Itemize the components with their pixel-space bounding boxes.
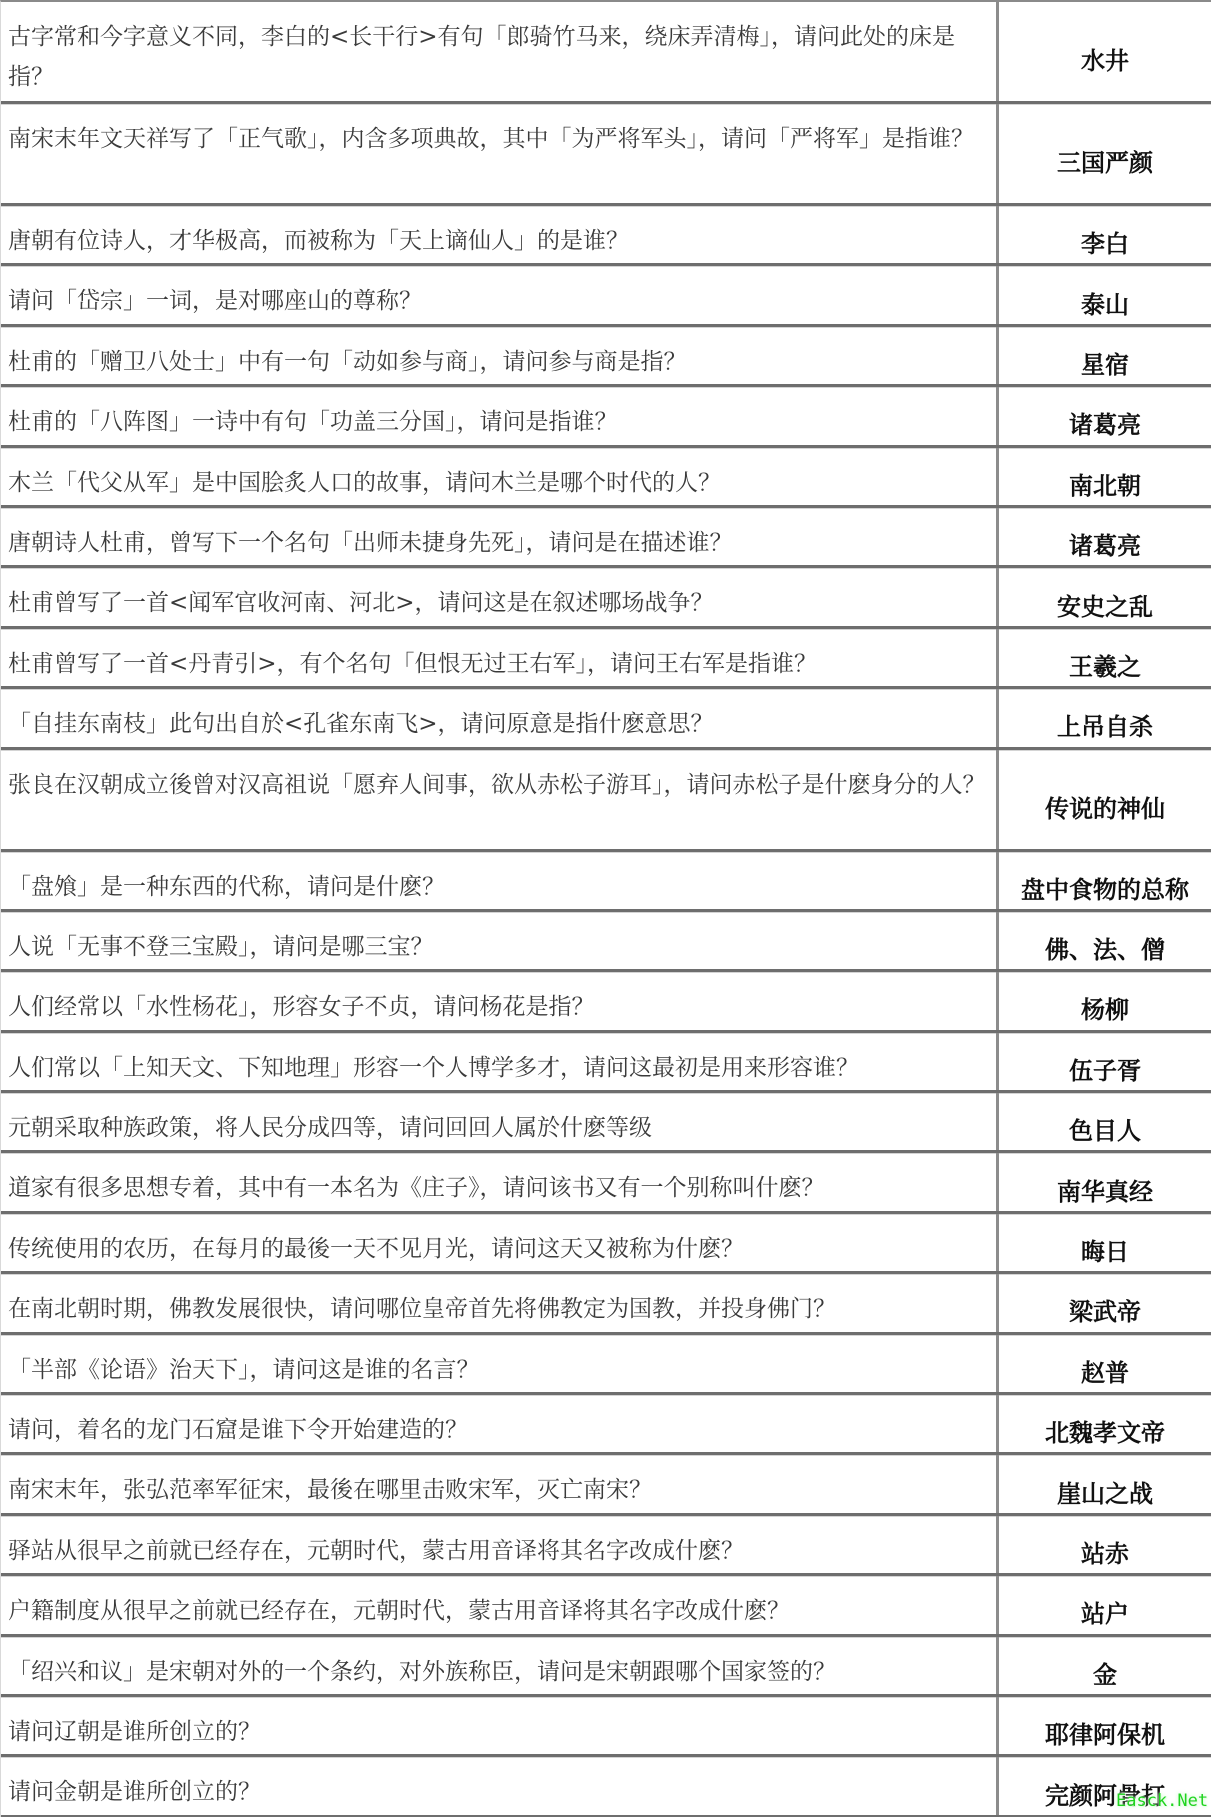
table-row: 古字常和今字意义不同，李白的<长干行>有句「郎骑竹马来，绕床弄清梅」，请问此处的…: [1, 2, 1211, 104]
question-cell: 杜甫曾写了一首<闻军官收河南、河北>，请问这是在叙述哪场战争？: [1, 568, 999, 625]
table-row: 道家有很多思想专着，其中有一本名为《庄子》，请问该书又有一个别称叫什麽？ 南华真…: [1, 1153, 1211, 1213]
table-row: 请问金朝是谁所创立的？ 完颜阿骨打: [1, 1757, 1211, 1817]
question-cell: 请问，着名的龙门石窟是谁下令开始建造的？: [1, 1395, 999, 1452]
answer-cell: 安史之乱: [999, 568, 1211, 625]
answer-cell: 水井: [999, 2, 1211, 101]
answer-cell: 伍子胥: [999, 1033, 1211, 1090]
question-cell: 户籍制度从很早之前就已经存在，元朝时代，蒙古用音译将其名字改成什麽？: [1, 1576, 999, 1633]
table-row: 在南北朝时期，佛教发展很快，请问哪位皇帝首先将佛教定为国教，并投身佛门？ 梁武帝: [1, 1274, 1211, 1334]
answer-cell: 色目人: [999, 1093, 1211, 1150]
question-cell: 「半部《论语》治天下」，请问这是谁的名言？: [1, 1335, 999, 1392]
table-row: 「自挂东南枝」此句出自於<孔雀东南飞>，请问原意是指什麽意思？ 上吊自杀: [1, 689, 1211, 749]
answer-cell: 赵普: [999, 1335, 1211, 1392]
question-cell: 道家有很多思想专着，其中有一本名为《庄子》，请问该书又有一个别称叫什麽？: [1, 1153, 999, 1210]
table-row: 张良在汉朝成立後曾对汉高祖说「愿弃人间事，欲从赤松子游耳」，请问赤松子是什麽身分…: [1, 750, 1211, 852]
question-cell: 南宋末年，张弘范率军征宋，最後在哪里击败宋军，灭亡南宋？: [1, 1455, 999, 1512]
question-cell: 古字常和今字意义不同，李白的<长干行>有句「郎骑竹马来，绕床弄清梅」，请问此处的…: [1, 2, 999, 101]
question-cell: 「自挂东南枝」此句出自於<孔雀东南飞>，请问原意是指什麽意思？: [1, 689, 999, 746]
question-cell: 张良在汉朝成立後曾对汉高祖说「愿弃人间事，欲从赤松子游耳」，请问赤松子是什麽身分…: [1, 750, 999, 849]
answer-cell: 盘中食物的总称: [999, 852, 1211, 909]
table-row: 唐朝诗人杜甫，曾写下一个名句「出师未捷身先死」，请问是在描述谁？ 诸葛亮: [1, 508, 1211, 568]
question-cell: 请问「岱宗」一词，是对哪座山的尊称？: [1, 266, 999, 323]
table-row: 杜甫曾写了一首<丹青引>，有个名句「但恨无过王右军」，请问王右军是指谁？ 王羲之: [1, 629, 1211, 689]
question-cell: 杜甫的「八阵图」一诗中有句「功盖三分国」，请问是指谁？: [1, 387, 999, 444]
answer-cell: 晦日: [999, 1214, 1211, 1271]
table-row: 传统使用的农历，在每月的最後一天不见月光，请问这天又被称为什麽？ 晦日: [1, 1214, 1211, 1274]
answer-cell: 三国严颜: [999, 104, 1211, 203]
question-cell: 南宋末年文天祥写了「正气歌」，内含多项典故，其中「为严将军头」，请问「严将军」是…: [1, 104, 999, 203]
question-cell: 人说「无事不登三宝殿」，请问是哪三宝？: [1, 912, 999, 969]
answer-cell: 南华真经: [999, 1153, 1211, 1210]
question-cell: 唐朝有位诗人，才华极高，而被称为「天上谪仙人」的是谁？: [1, 206, 999, 263]
question-cell: 人们常以「上知天文、下知地理」形容一个人博学多才，请问这最初是用来形容谁？: [1, 1033, 999, 1090]
question-cell: 传统使用的农历，在每月的最後一天不见月光，请问这天又被称为什麽？: [1, 1214, 999, 1271]
answer-cell: 佛、法、僧: [999, 912, 1211, 969]
answer-cell: 诸葛亮: [999, 508, 1211, 565]
question-cell: 「绍兴和议」是宋朝对外的一个条约，对外族称臣，请问是宋朝跟哪个国家签的？: [1, 1637, 999, 1694]
question-cell: 在南北朝时期，佛教发展很快，请问哪位皇帝首先将佛教定为国教，并投身佛门？: [1, 1274, 999, 1331]
answer-cell: 杨柳: [999, 972, 1211, 1029]
table-row: 唐朝有位诗人，才华极高，而被称为「天上谪仙人」的是谁？ 李白: [1, 206, 1211, 266]
answer-cell: 金: [999, 1637, 1211, 1694]
answer-cell: 星宿: [999, 327, 1211, 384]
answer-cell: 上吊自杀: [999, 689, 1211, 746]
question-cell: 驿站从很早之前就已经存在，元朝时代，蒙古用音译将其名字改成什麽？: [1, 1516, 999, 1573]
table-row: 元朝采取种族政策，将人民分成四等，请问回回人属於什麽等级 色目人: [1, 1093, 1211, 1153]
answer-cell: 传说的神仙: [999, 750, 1211, 849]
table-row: 人们常以「上知天文、下知地理」形容一个人博学多才，请问这最初是用来形容谁？ 伍子…: [1, 1033, 1211, 1093]
site-watermark: Easck.Net: [1116, 1791, 1208, 1811]
question-cell: 杜甫曾写了一首<丹青引>，有个名句「但恨无过王右军」，请问王右军是指谁？: [1, 629, 999, 686]
table-row: 杜甫曾写了一首<闻军官收河南、河北>，请问这是在叙述哪场战争？ 安史之乱: [1, 568, 1211, 628]
answer-cell: 李白: [999, 206, 1211, 263]
question-cell: 请问金朝是谁所创立的？: [1, 1757, 999, 1814]
table-row: 请问，着名的龙门石窟是谁下令开始建造的？ 北魏孝文帝: [1, 1395, 1211, 1455]
answer-cell: 站户: [999, 1576, 1211, 1633]
question-cell: 杜甫的「赠卫八处士」中有一句「动如参与商」，请问参与商是指？: [1, 327, 999, 384]
table-row: 杜甫的「八阵图」一诗中有句「功盖三分国」，请问是指谁？ 诸葛亮: [1, 387, 1211, 447]
question-cell: 人们经常以「水性杨花」，形容女子不贞，请问杨花是指？: [1, 972, 999, 1029]
table-row: 南宋末年文天祥写了「正气歌」，内含多项典故，其中「为严将军头」，请问「严将军」是…: [1, 104, 1211, 206]
table-row: 杜甫的「赠卫八处士」中有一句「动如参与商」，请问参与商是指？ 星宿: [1, 327, 1211, 387]
table-row: 「绍兴和议」是宋朝对外的一个条约，对外族称臣，请问是宋朝跟哪个国家签的？ 金: [1, 1637, 1211, 1697]
answer-cell: 耶律阿保机: [999, 1697, 1211, 1754]
table-row: 南宋末年，张弘范率军征宋，最後在哪里击败宋军，灭亡南宋？ 崖山之战: [1, 1455, 1211, 1515]
answer-cell: 王羲之: [999, 629, 1211, 686]
table-row: 请问辽朝是谁所创立的？ 耶律阿保机: [1, 1697, 1211, 1757]
table-row: 「半部《论语》治天下」，请问这是谁的名言？ 赵普: [1, 1335, 1211, 1395]
table-row: 人们经常以「水性杨花」，形容女子不贞，请问杨花是指？ 杨柳: [1, 972, 1211, 1032]
question-cell: 请问辽朝是谁所创立的？: [1, 1697, 999, 1754]
question-cell: 「盘飧」是一种东西的代称，请问是什麽？: [1, 852, 999, 909]
table-row: 人说「无事不登三宝殿」，请问是哪三宝？ 佛、法、僧: [1, 912, 1211, 972]
answer-cell: 崖山之战: [999, 1455, 1211, 1512]
table-row: 请问「岱宗」一词，是对哪座山的尊称？ 泰山: [1, 266, 1211, 326]
table-row: 木兰「代父从军」是中国脍炙人口的故事，请问木兰是哪个时代的人？ 南北朝: [1, 448, 1211, 508]
quiz-table: 古字常和今字意义不同，李白的<长干行>有句「郎骑竹马来，绕床弄清梅」，请问此处的…: [0, 0, 1211, 1817]
answer-cell: 站赤: [999, 1516, 1211, 1573]
answer-cell: 梁武帝: [999, 1274, 1211, 1331]
answer-cell: 南北朝: [999, 448, 1211, 505]
table-row: 驿站从很早之前就已经存在，元朝时代，蒙古用音译将其名字改成什麽？ 站赤: [1, 1516, 1211, 1576]
answer-cell: 北魏孝文帝: [999, 1395, 1211, 1452]
question-cell: 木兰「代父从军」是中国脍炙人口的故事，请问木兰是哪个时代的人？: [1, 448, 999, 505]
table-row: 户籍制度从很早之前就已经存在，元朝时代，蒙古用音译将其名字改成什麽？ 站户: [1, 1576, 1211, 1636]
question-cell: 唐朝诗人杜甫，曾写下一个名句「出师未捷身先死」，请问是在描述谁？: [1, 508, 999, 565]
question-cell: 元朝采取种族政策，将人民分成四等，请问回回人属於什麽等级: [1, 1093, 999, 1150]
answer-cell: 诸葛亮: [999, 387, 1211, 444]
table-row: 「盘飧」是一种东西的代称，请问是什麽？ 盘中食物的总称: [1, 852, 1211, 912]
answer-cell: 泰山: [999, 266, 1211, 323]
